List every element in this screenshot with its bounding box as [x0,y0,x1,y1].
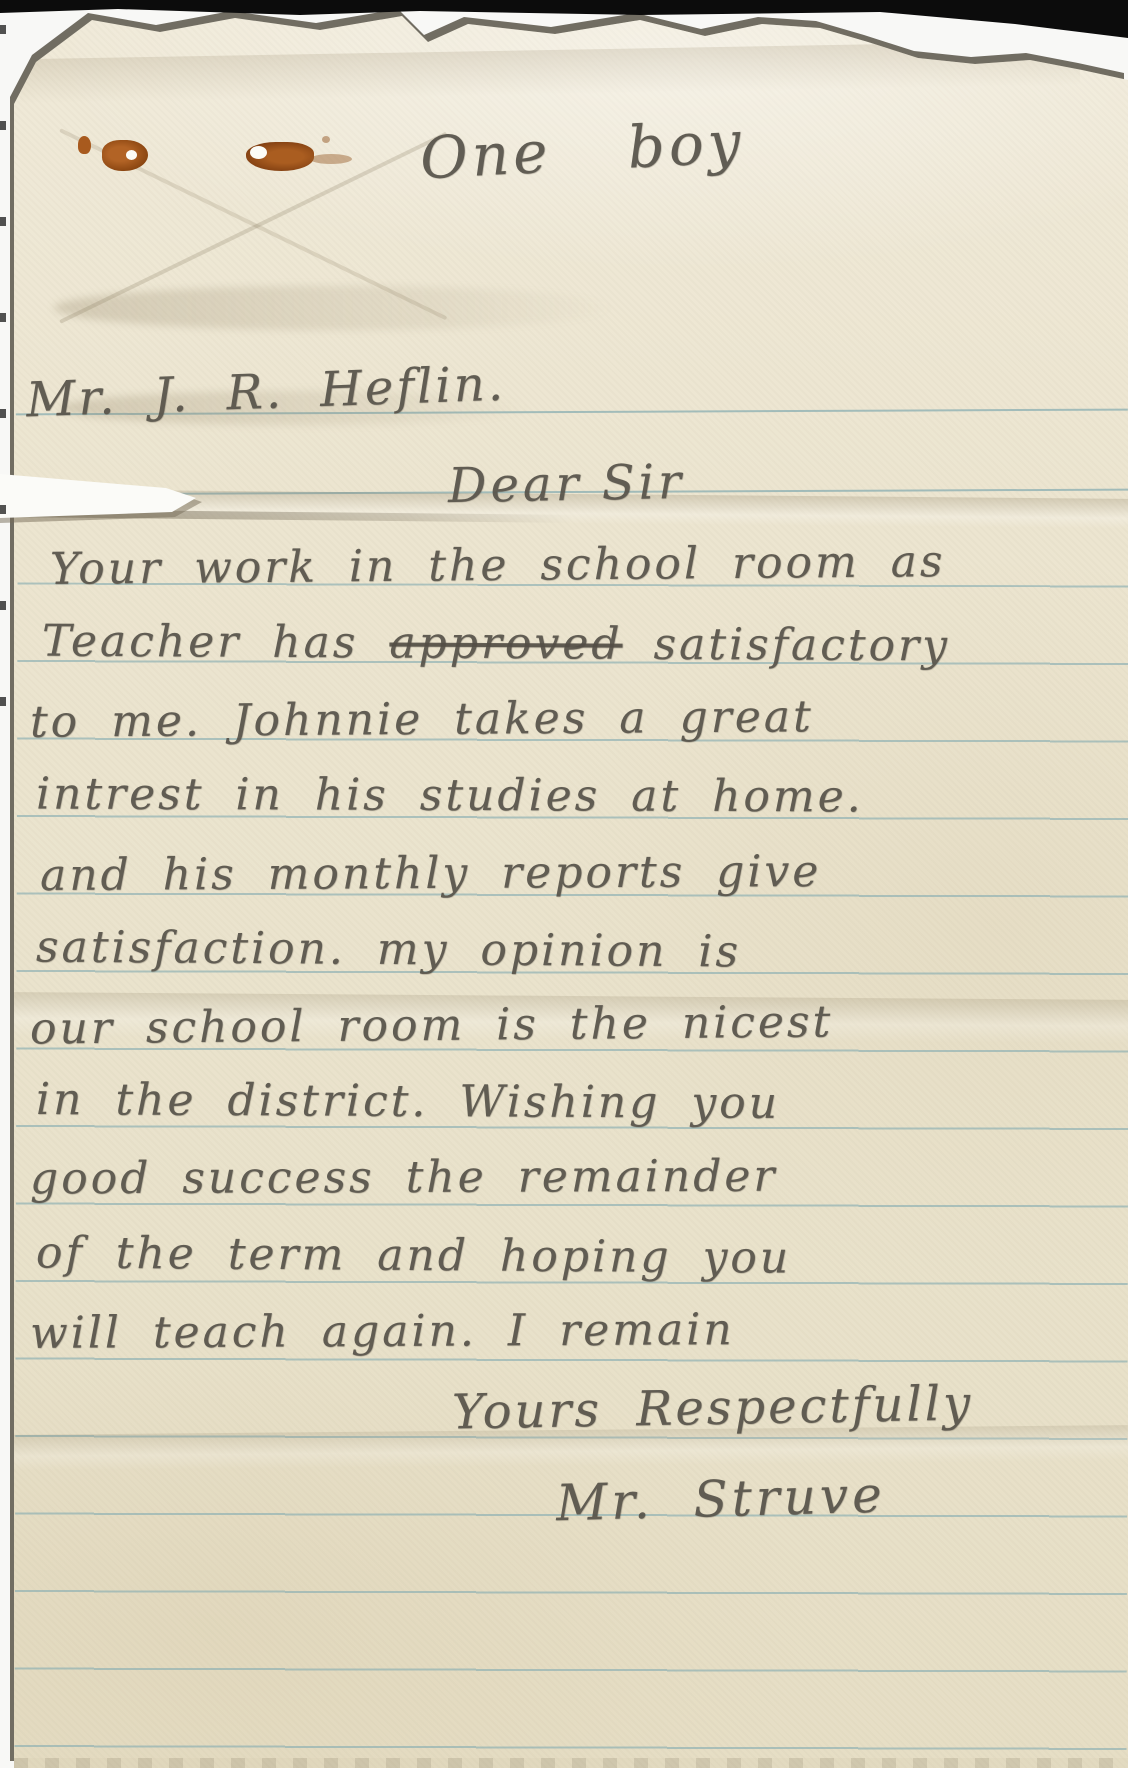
letter-paper: One boy Mr. J. R. Heflin. Dear Sir Your … [14,8,1128,1768]
body-line: good success the remainder [30,1151,778,1205]
body-line: Teacher has approved satisfactory [42,616,950,672]
scan-edge-marks [0,25,6,785]
closing-line: Yours Respectfully [452,1375,974,1440]
scanned-letter: One boy Mr. J. R. Heflin. Dear Sir Your … [0,0,1128,1768]
body-line: will teach again. I remain [30,1304,735,1359]
body-line: in the district. Wishing you [36,1074,780,1129]
body-line: of the term and hoping you [36,1227,792,1283]
body-line: satisfaction. my opinion is [36,922,741,978]
signature-line: Mr. Struve [555,1466,886,1533]
body-line: our school room is the nicest [30,996,834,1054]
body-line: and his monthly reports give [40,846,822,901]
body-line-text: Teacher has [42,616,390,669]
body-line-text: satisfactory [622,619,950,672]
struck-word: approved [389,617,622,669]
body-line: intrest in his studies at home. [36,769,864,823]
body-line: to me. Johnnie takes a great [30,691,814,747]
body-line: Your work in the school room as [50,536,946,595]
